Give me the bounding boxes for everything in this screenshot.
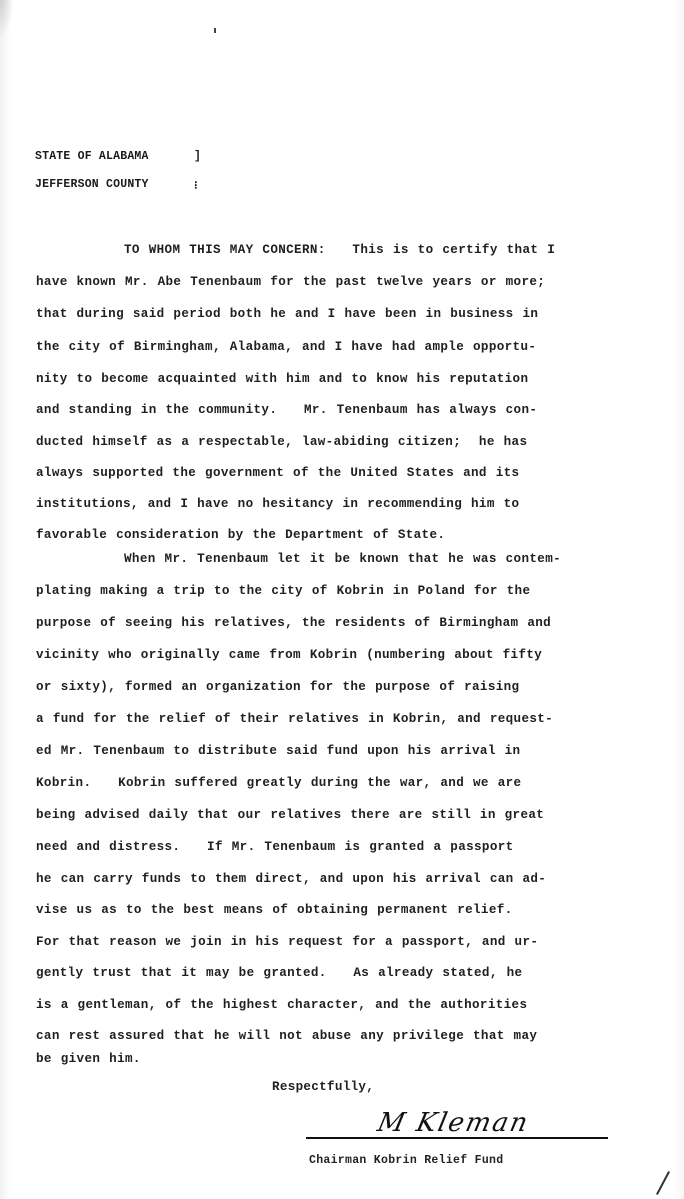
scan-mark	[656, 1171, 670, 1195]
document-page: STATE OF ALABAMA ] JEFFERSON COUNTY ⁝ TO…	[0, 0, 684, 1199]
text-line: Kobrin. Kobrin suffered greatly during t…	[36, 776, 521, 790]
text-line: ducted himself as a respectable, law-abi…	[36, 435, 527, 449]
text-line: vicinity who originally came from Kobrin…	[36, 648, 542, 662]
text-line: When Mr. Tenenbaum let it be known that …	[124, 552, 561, 566]
closing-salutation: Respectfully,	[272, 1080, 374, 1094]
venue-bracket: ⁝	[194, 178, 198, 193]
venue-bracket: ]	[194, 150, 201, 163]
text-line: being advised daily that our relatives t…	[36, 808, 544, 822]
text-line: gently trust that it may be granted. As …	[36, 966, 522, 980]
venue-county-text: JEFFERSON COUNTY	[35, 178, 149, 191]
text-line: favorable consideration by the Departmen…	[36, 528, 445, 542]
signer-title: Chairman Kobrin Relief Fund	[309, 1154, 503, 1167]
text-line: have known Mr. Abe Tenenbaum for the pas…	[36, 275, 545, 289]
text-line: and standing in the community. Mr. Tenen…	[36, 403, 537, 417]
text-line: vise us as to the best means of obtainin…	[36, 903, 513, 917]
text-line: nity to become acquainted with him and t…	[36, 372, 528, 386]
text-line: institutions, and I have no hesitancy in…	[36, 497, 519, 511]
text-line: TO WHOM THIS MAY CONCERN: This is to cer…	[124, 243, 555, 257]
scan-smudge	[0, 0, 14, 40]
text-line: he can carry funds to them direct, and u…	[36, 872, 546, 886]
text-line: be given him.	[36, 1052, 141, 1066]
text-line: is a gentleman, of the highest character…	[36, 998, 527, 1012]
text-line: always supported the government of the U…	[36, 466, 519, 480]
text-line: For that reason we join in his request f…	[36, 935, 538, 949]
text-line: plating making a trip to the city of Kob…	[36, 584, 530, 598]
scan-mark	[214, 28, 216, 33]
signature-line	[306, 1137, 608, 1139]
venue-state: STATE OF ALABAMA ]	[35, 150, 149, 163]
text-line: a fund for the relief of their relatives…	[36, 712, 553, 726]
text-line: or sixty), formed an organization for th…	[36, 680, 519, 694]
text-line: ed Mr. Tenenbaum to distribute said fund…	[36, 744, 520, 758]
venue-state-text: STATE OF ALABAMA	[35, 150, 149, 163]
text-line: purpose of seeing his relatives, the res…	[36, 616, 551, 630]
text-line: that during said period both he and I ha…	[36, 307, 538, 321]
text-line: the city of Birmingham, Alabama, and I h…	[36, 340, 536, 354]
handwritten-signature: M Kleman	[375, 1108, 532, 1138]
venue-county: JEFFERSON COUNTY ⁝	[35, 178, 149, 191]
text-line: need and distress. If Mr. Tenenbaum is g…	[36, 840, 514, 854]
text-line: can rest assured that he will not abuse …	[36, 1029, 537, 1043]
